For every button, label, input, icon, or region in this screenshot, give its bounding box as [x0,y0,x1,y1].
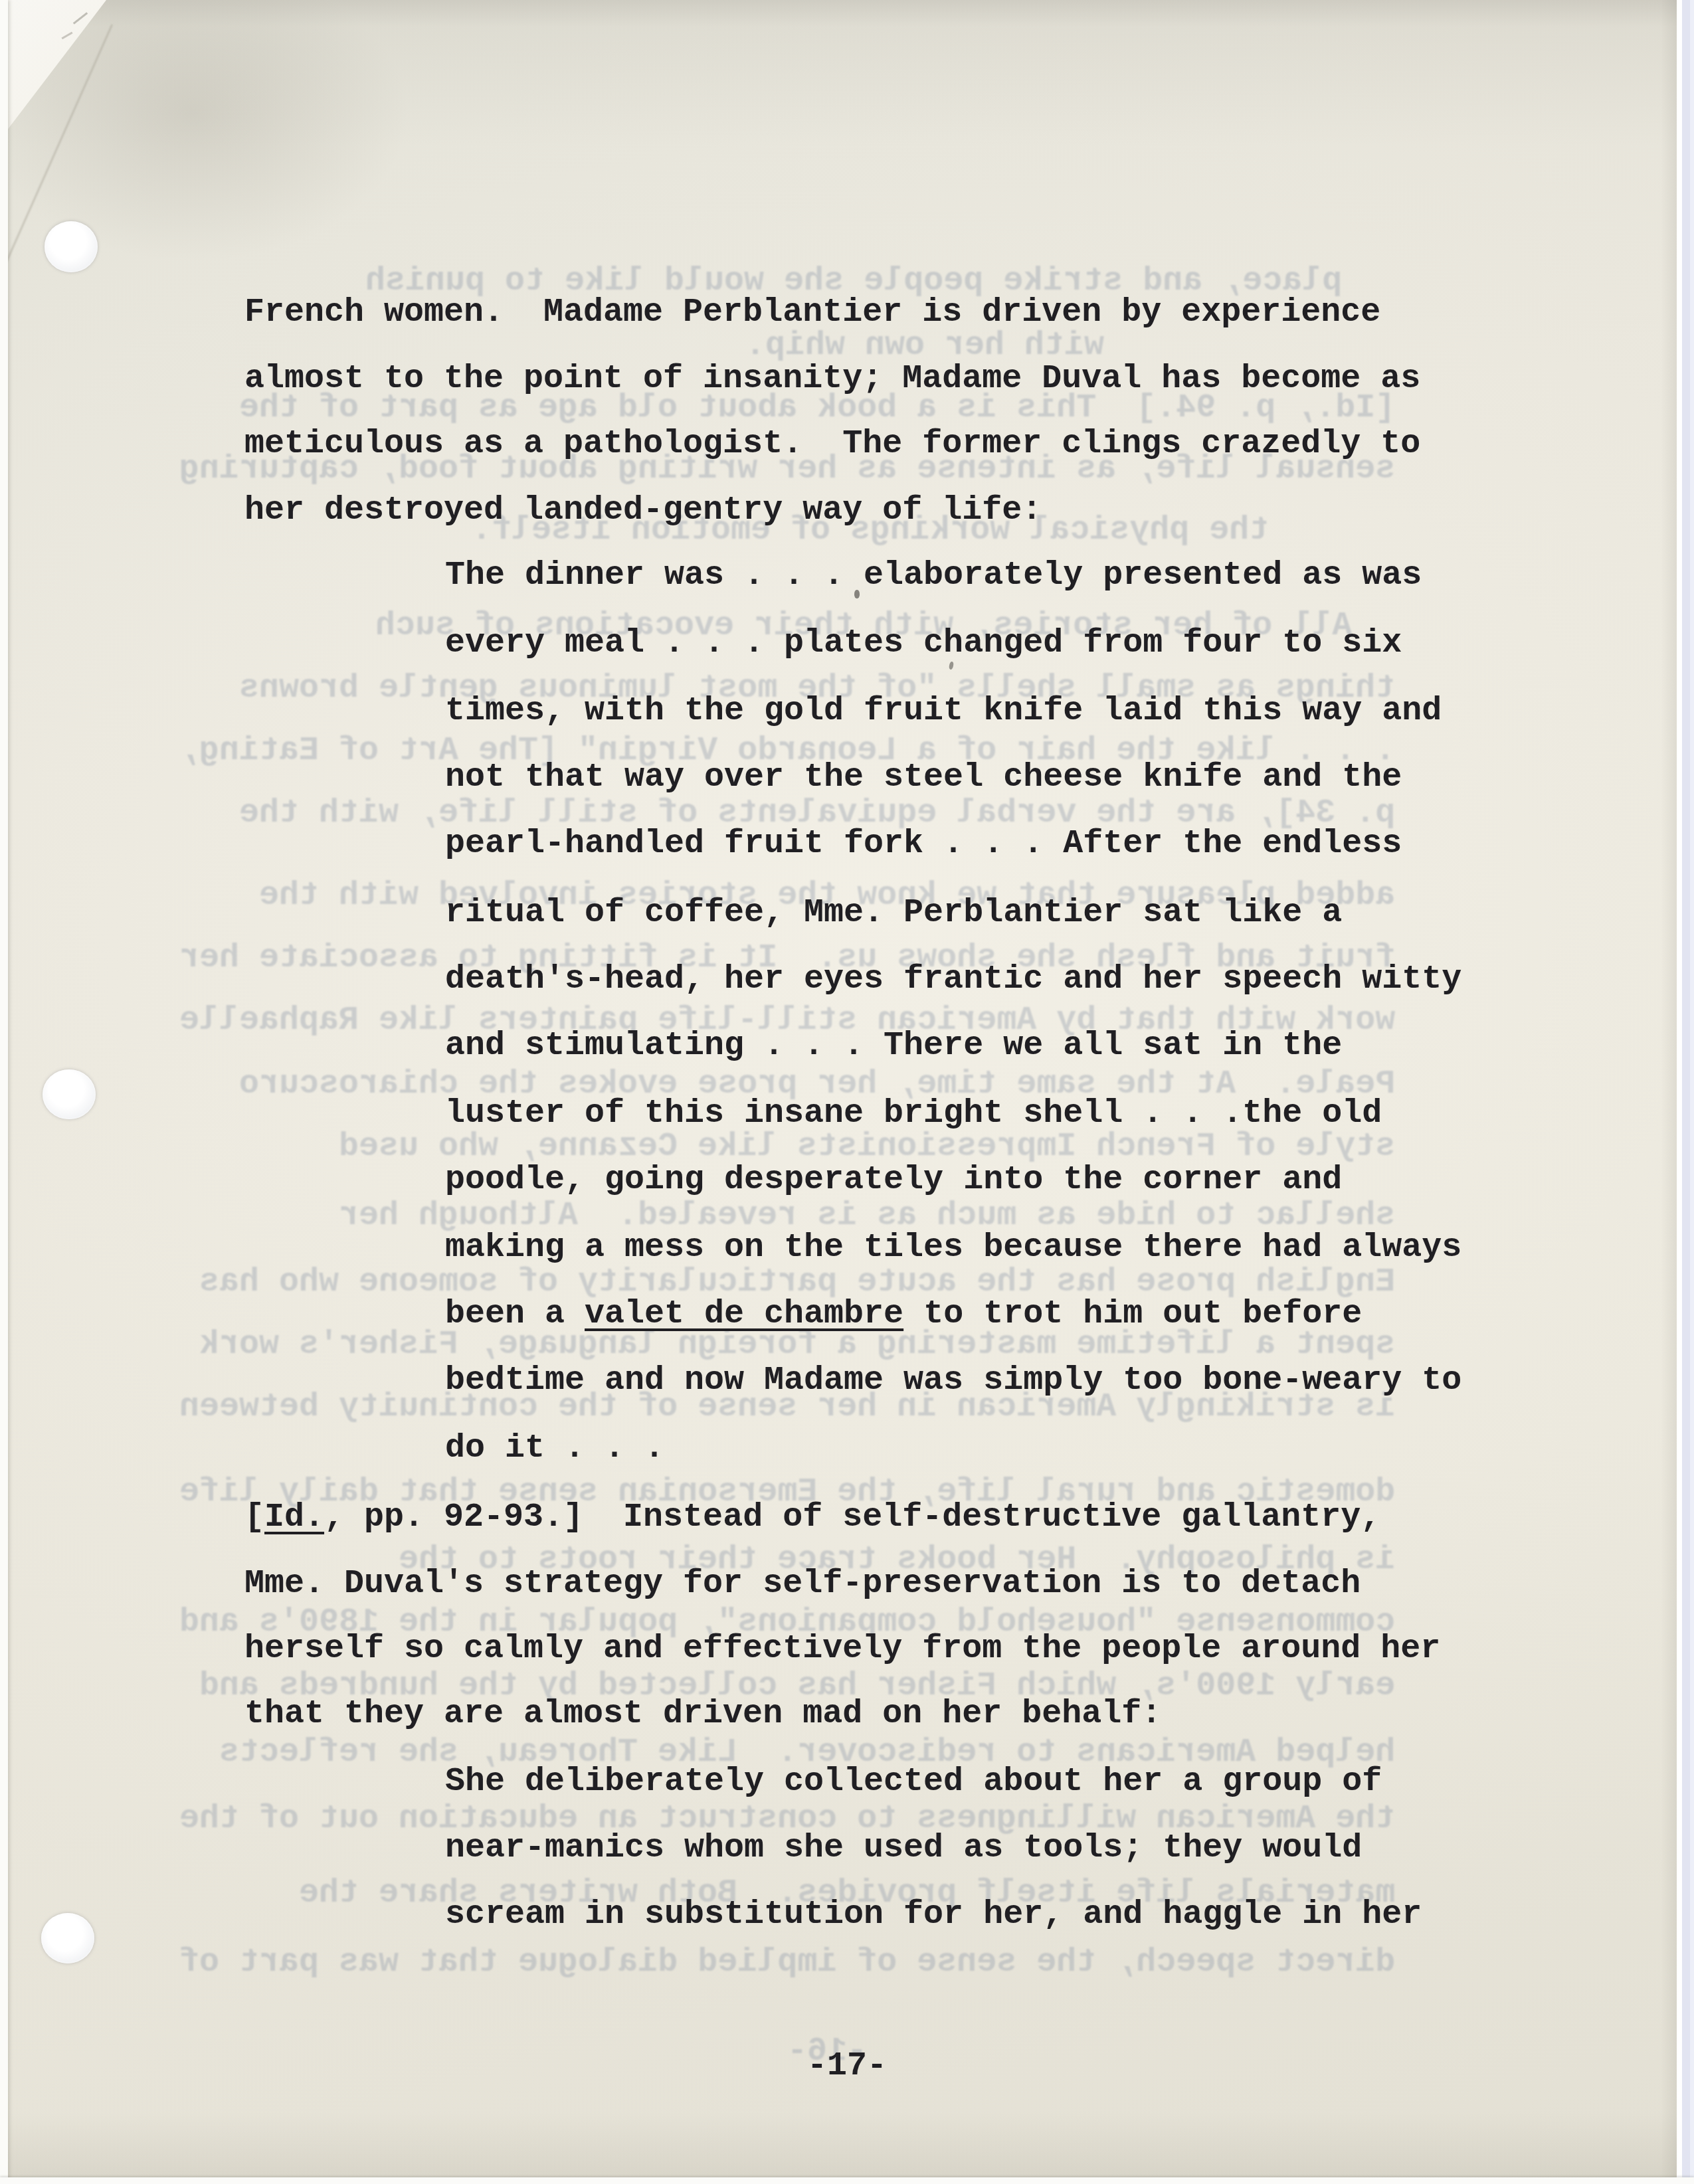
typed-line: been a valet de chambre to trot him out … [445,1298,1362,1331]
typed-line: poodle, going desperately into the corne… [445,1164,1342,1197]
typed-line: and stimulating . . . There we all sat i… [445,1030,1342,1063]
scanner-edge-bottom [0,2177,1694,2184]
scanner-edge-left [0,0,8,2184]
punch-hole-bottom [41,1913,94,1963]
page-right-edge-shadow [1661,0,1677,2184]
scanned-page: place, and strike people she would like … [0,0,1694,2184]
typed-line: making a mess on the tiles because there… [445,1231,1461,1265]
typed-line: her destroyed landed-gentry way of life: [244,494,1042,527]
typed-line: do it . . . [445,1432,664,1465]
punch-hole-top [45,221,98,272]
typed-line: The dinner was . . . elaborately present… [445,559,1422,592]
typed-line: herself so calmly and effectively from t… [244,1633,1440,1666]
typed-line: meticulous as a pathologist. The former … [244,428,1420,461]
typed-line: Mme. Duval's strategy for self-preservat… [244,1568,1361,1601]
typed-line: near-manics whom she used as tools; they… [445,1832,1362,1865]
typed-line: that they are almost driven mad on her b… [244,1698,1161,1731]
typed-line: every meal . . . plates changed from fou… [445,627,1402,660]
punch-hole-middle [43,1069,96,1119]
typed-line: luster of this insane bright shell . . .… [445,1097,1382,1131]
typed-line: almost to the point of insanity; Madame … [244,363,1420,396]
typed-line: [Id., pp. 92-93.] Instead of self-destru… [244,1501,1380,1534]
scanner-edge-right [1677,0,1694,2184]
typed-line: bedtime and now Madame was simply too bo… [445,1364,1461,1398]
typed-line: times, with the gold fruit knife laid th… [445,695,1442,728]
typed-line: scream in substitution for her, and hagg… [445,1898,1422,1932]
typed-line: -17- [807,2050,887,2083]
typed-text-layer: French women. Madame Perblantier is driv… [0,0,1694,2184]
typed-line: pearl-handled fruit fork . . . After the… [445,828,1402,861]
ink-speck [854,590,860,598]
typed-line: death's-head, her eyes frantic and her s… [445,963,1461,996]
typed-line: French women. Madame Perblantier is driv… [244,296,1380,329]
typed-line: ritual of coffee, Mme. Perblantier sat l… [445,897,1342,930]
typed-line: not that way over the steel cheese knife… [445,761,1402,794]
typed-line: She deliberately collected about her a g… [445,1766,1382,1799]
